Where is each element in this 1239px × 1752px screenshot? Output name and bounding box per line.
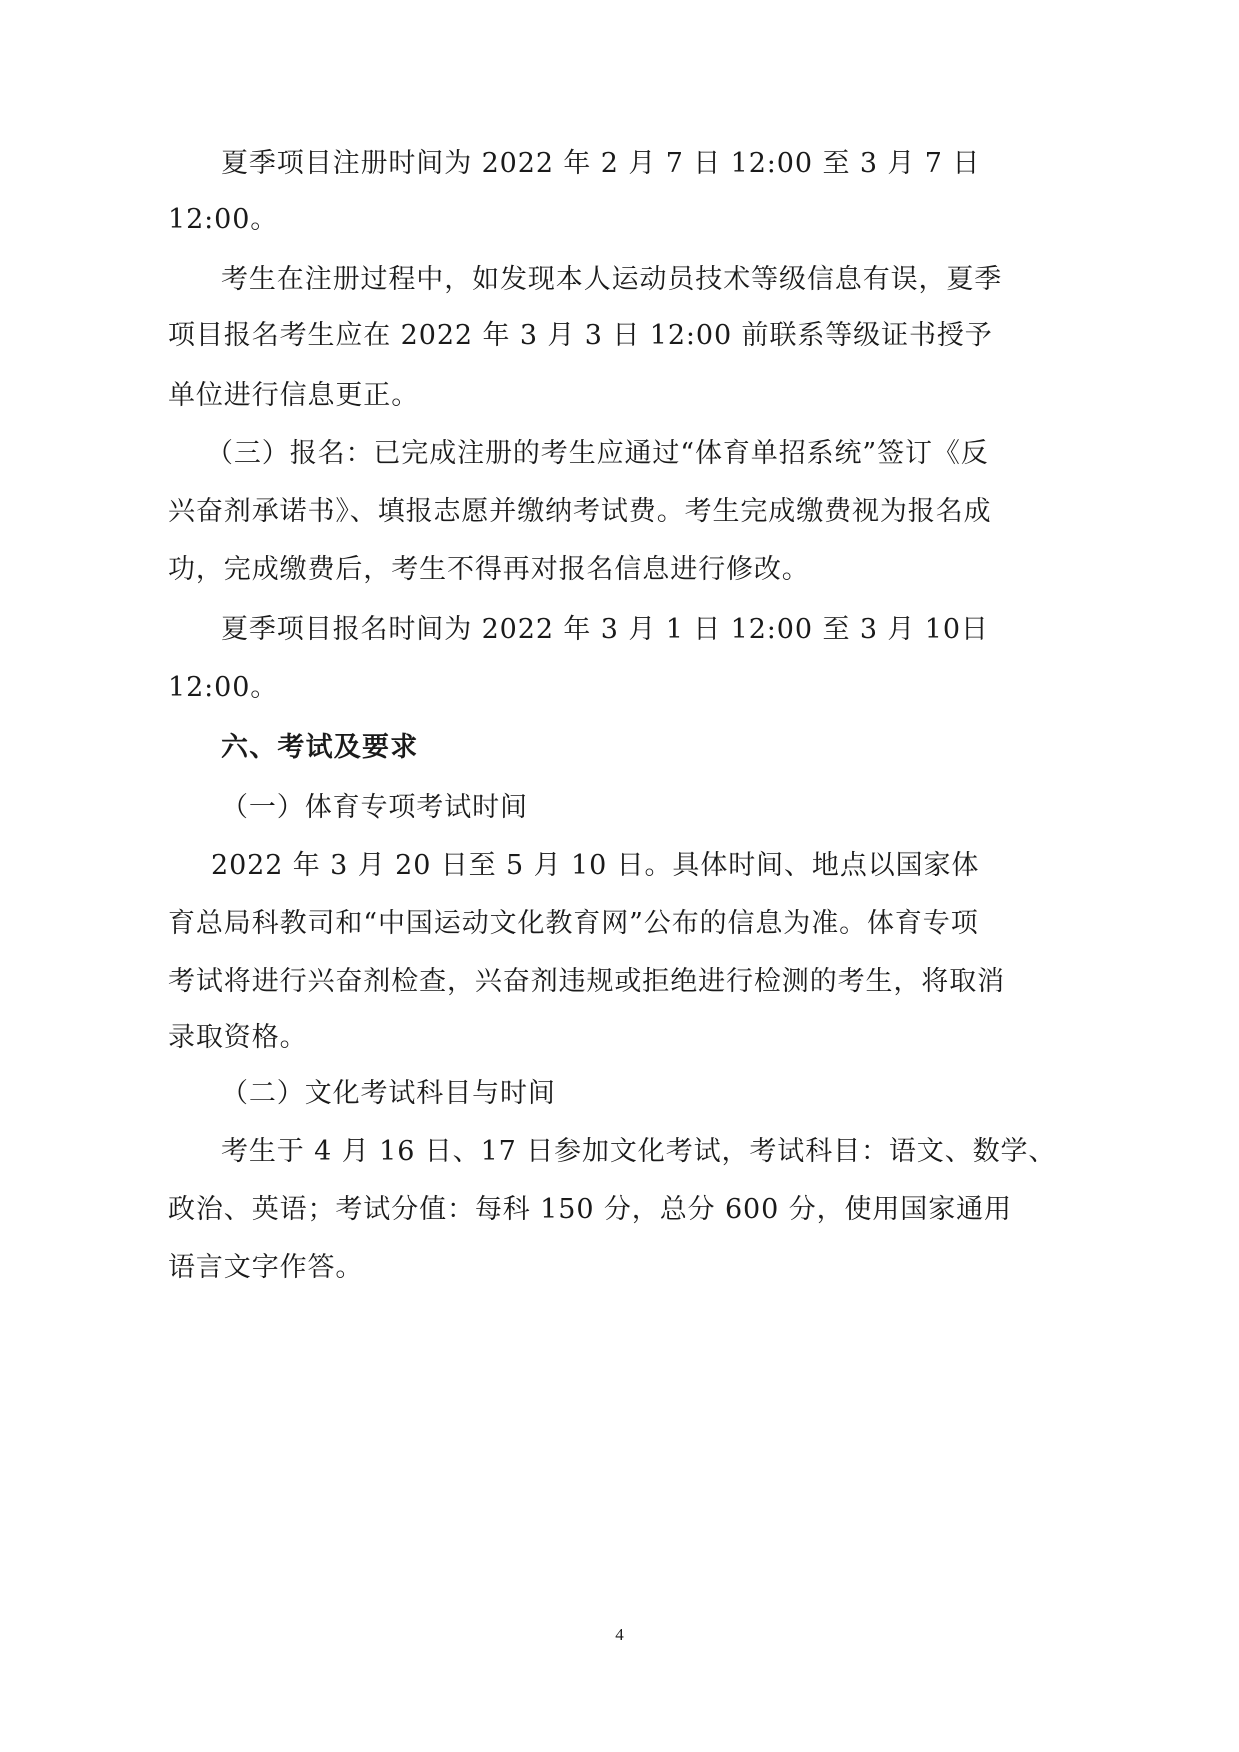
paragraph-line: 育总局科教司和“中国运动文化教育网”公布的信息为准。体育专项	[168, 906, 979, 942]
subheading-culture-exam: （二）文化考试科目与时间	[221, 1076, 556, 1112]
page-number: 4	[0, 1625, 1239, 1645]
subheading-sports-exam-time: （一）体育专项考试时间	[221, 790, 528, 826]
paragraph-line-summer-registration-time: 夏季项目注册时间为 2022 年 2 月 7 日 12:00 至 3 月 7 日	[221, 146, 980, 182]
paragraph-line-signup: （三）报名：已完成注册的考生应通过“体育单招系统”签订《反	[206, 436, 989, 472]
section-heading: 六、考试及要求	[221, 730, 418, 766]
paragraph-line: 12:00。	[168, 202, 278, 238]
paragraph-line: 考试将进行兴奋剂检查，兴奋剂违规或拒绝进行检测的考生，将取消	[168, 964, 1005, 1000]
paragraph-line: 功，完成缴费后，考生不得再对报名信息进行修改。	[168, 552, 810, 588]
paragraph-line: 录取资格。	[168, 1020, 308, 1056]
paragraph-line: 兴奋剂承诺书》、填报志愿并缴纳考试费。考生完成缴费视为报名成	[168, 494, 992, 530]
paragraph-line-culture-exam-dates: 考生于 4 月 16 日、17 日参加文化考试，考试科目：语文、数学、	[221, 1134, 1056, 1170]
document-page: 夏季项目注册时间为 2022 年 2 月 7 日 12:00 至 3 月 7 日…	[0, 0, 1239, 1752]
paragraph-line: 单位进行信息更正。	[168, 378, 419, 414]
paragraph-line: 项目报名考生应在 2022 年 3 月 3 日 12:00 前联系等级证书授予	[168, 318, 993, 354]
paragraph-line-sports-exam-dates: 2022 年 3 月 20 日至 5 月 10 日。具体时间、地点以国家体	[211, 848, 979, 884]
paragraph-line: 语言文字作答。	[168, 1250, 363, 1286]
paragraph-line: 12:00。	[168, 670, 278, 706]
paragraph-line-registration-error: 考生在注册过程中，如发现本人运动员技术等级信息有误，夏季	[221, 262, 1002, 298]
paragraph-line-summer-signup-time: 夏季项目报名时间为 2022 年 3 月 1 日 12:00 至 3 月 10日	[221, 612, 989, 648]
paragraph-line: 政治、英语；考试分值：每科 150 分，总分 600 分，使用国家通用	[168, 1192, 1012, 1228]
